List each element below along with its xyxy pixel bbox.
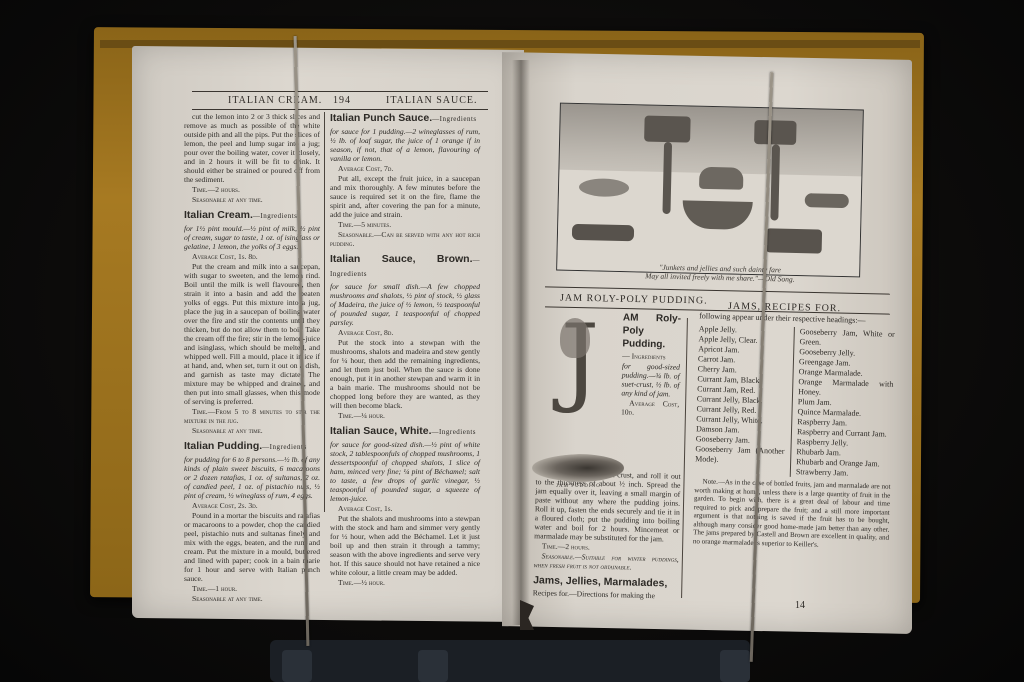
- custard-cups: [766, 228, 823, 253]
- ingredients: for sauce for good-sized dish.—½ pint of…: [330, 440, 480, 503]
- stand-clip-left: [282, 650, 312, 682]
- ingredients: for sauce for small dish.—A few chopped …: [330, 282, 480, 327]
- time-line: Time.—¼ hour.: [330, 411, 480, 420]
- jam-pudding-illustration: [532, 454, 624, 482]
- cake-stand-pillar-right: [770, 144, 780, 220]
- recipe-title-italian-sauce-brown: Italian Sauce, Brown.—Ingredients: [330, 253, 480, 281]
- chef-figure-icon: [560, 318, 590, 358]
- left-column-2: Italian Punch Sauce.—Ingredients for sau…: [330, 112, 480, 588]
- seasonable-line: Seasonable.—Can be served with any hot r…: [330, 230, 480, 248]
- recipe-title-italian-pudding: Italian Pudding.—Ingredients: [184, 440, 320, 454]
- cake-stand-pillar-left: [662, 142, 672, 214]
- average-cost: Average Cost, 7d.: [330, 164, 480, 173]
- stand-clip-mid: [418, 650, 448, 682]
- method: Put the shalots and mushrooms into a ste…: [330, 514, 480, 577]
- right-column-1-bottom: Make a nice light suet-crust, and roll i…: [533, 408, 683, 601]
- decorated-dish: [572, 224, 634, 241]
- average-cost: Average Cost, 8d.: [330, 328, 480, 337]
- centre-cake: [699, 167, 743, 190]
- recipe-title-italian-punch-sauce: Italian Punch Sauce.—Ingredients: [330, 112, 480, 126]
- method: Put the stock into a stewpan with the mu…: [330, 338, 480, 410]
- recipe-continuation: cut the lemon into 2 or 3 thick slices a…: [184, 112, 320, 184]
- time-line: Time.—From 5 to 8 minutes to stir the mi…: [184, 407, 320, 425]
- average-cost: Average Cost, 1s.: [330, 504, 480, 513]
- jam-list-a: Apple Jelly. Apple Jelly, Clear. Apricot…: [695, 324, 788, 476]
- ingredients: for pudding for 6 to 8 persons.—½ lb. of…: [184, 455, 320, 500]
- jams-note: Note.—As in the case of bottled fruits, …: [693, 477, 891, 550]
- list-item: Gooseberry Jam, White or Green.: [799, 327, 894, 350]
- ingredients: for sauce for 1 pudding.—2 wineglasses o…: [330, 127, 480, 163]
- average-cost: Average Cost, 2s. 3d.: [184, 501, 320, 510]
- recipe-title-jam-roly-poly: AM Roly-Poly Pudding.: [622, 311, 681, 351]
- book-stand: [270, 640, 750, 682]
- cake-stand-cover-left: [644, 115, 691, 142]
- header-rule-top: [192, 91, 488, 92]
- method: Put all, except the fruit juice, in a sa…: [330, 174, 480, 219]
- seasonable-line: Seasonable at any time.: [184, 594, 320, 603]
- book-gutter-shadow: [512, 60, 530, 625]
- roll-cake: [805, 193, 849, 208]
- jam-list-b: Gooseberry Jam, White or Green. Gooseber…: [790, 327, 895, 480]
- list-item: Gooseberry Jam (Another Mode).: [695, 444, 785, 466]
- time-line: Time.—1 hour.: [184, 584, 320, 593]
- ingredients-label: — Ingredients: [622, 351, 680, 361]
- running-head-italian-sauce: ITALIAN SAUCE.: [386, 95, 478, 106]
- page-number-194: 194: [333, 95, 351, 106]
- time-line: Time.—½ hour.: [330, 578, 480, 587]
- recipe-title-italian-sauce-white: Italian Sauce, White.—Ingredients: [330, 425, 480, 439]
- stand-clip-right: [720, 650, 750, 682]
- seasonable-line: Seasonable at any time.: [184, 426, 320, 435]
- cake-stand-cover-right: [754, 120, 797, 145]
- page-number-14: 14: [795, 600, 805, 611]
- column-divider: [324, 112, 325, 512]
- right-column-2: following appear under their respective …: [693, 311, 895, 551]
- seasonable-line: Seasonable.—Suitable for winter puddings…: [533, 551, 678, 573]
- right-column-1-top: AM Roly-Poly Pudding. — Ingredients for …: [621, 311, 681, 418]
- jam-pudding-caption: JAM PUDDING.: [556, 484, 603, 489]
- list-item: Orange Marmalade with Honey.: [798, 377, 893, 400]
- time-line: Time.—5 minutes.: [330, 220, 480, 229]
- method: Pound in a mortar the biscuits and rataf…: [184, 511, 320, 583]
- ingredients: for good-sized pudding.—¾ lb. of suet-cr…: [621, 361, 680, 398]
- engraving-desserts-table: [556, 103, 864, 278]
- header-rule-bottom: [192, 109, 488, 110]
- running-head-italian-cream: ITALIAN CREAM.: [228, 95, 322, 106]
